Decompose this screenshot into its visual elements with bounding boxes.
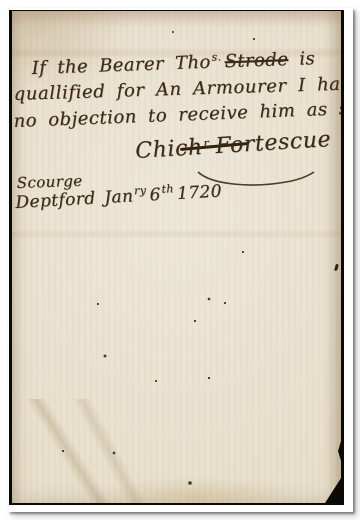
line1-superscript: s.	[211, 50, 221, 63]
dateline-superscript-day: th	[161, 182, 174, 196]
dateline-place-month: Deptford Jan	[15, 186, 134, 213]
document-photo: If the Bearer Thos.Strode is quallified …	[8, 8, 353, 512]
line1-struck-name: Strode	[224, 49, 288, 72]
paper-specks	[12, 11, 14, 13]
signature: Chichr.Fortescue	[135, 129, 332, 163]
dateline-year: 1720	[177, 181, 223, 203]
manuscript-paper: If the Bearer Thos.Strode is quallified …	[12, 11, 341, 503]
dateline-superscript-month: ry	[134, 184, 147, 198]
line1-text-end: is	[288, 48, 316, 70]
ink-mark	[334, 264, 339, 272]
line1-text: If the Bearer Tho	[31, 52, 211, 79]
paper-fold-crease	[12, 229, 341, 239]
dateline-day: 6	[149, 185, 161, 206]
page-background: If the Bearer Thos.Strode is quallified …	[0, 0, 360, 520]
manuscript-line-3: no objection to receive him as such	[13, 99, 360, 131]
scan-background: If the Bearer Thos.Strode is quallified …	[9, 10, 344, 505]
signature-forename: Chich	[135, 135, 204, 164]
paper-stain	[8, 399, 148, 514]
manuscript-line-1: If the Bearer Thos.Strode is	[31, 48, 315, 78]
signature-surname: Fortescue	[215, 127, 332, 159]
paper-stain	[92, 476, 302, 510]
signature-superscript: r.	[203, 136, 213, 150]
